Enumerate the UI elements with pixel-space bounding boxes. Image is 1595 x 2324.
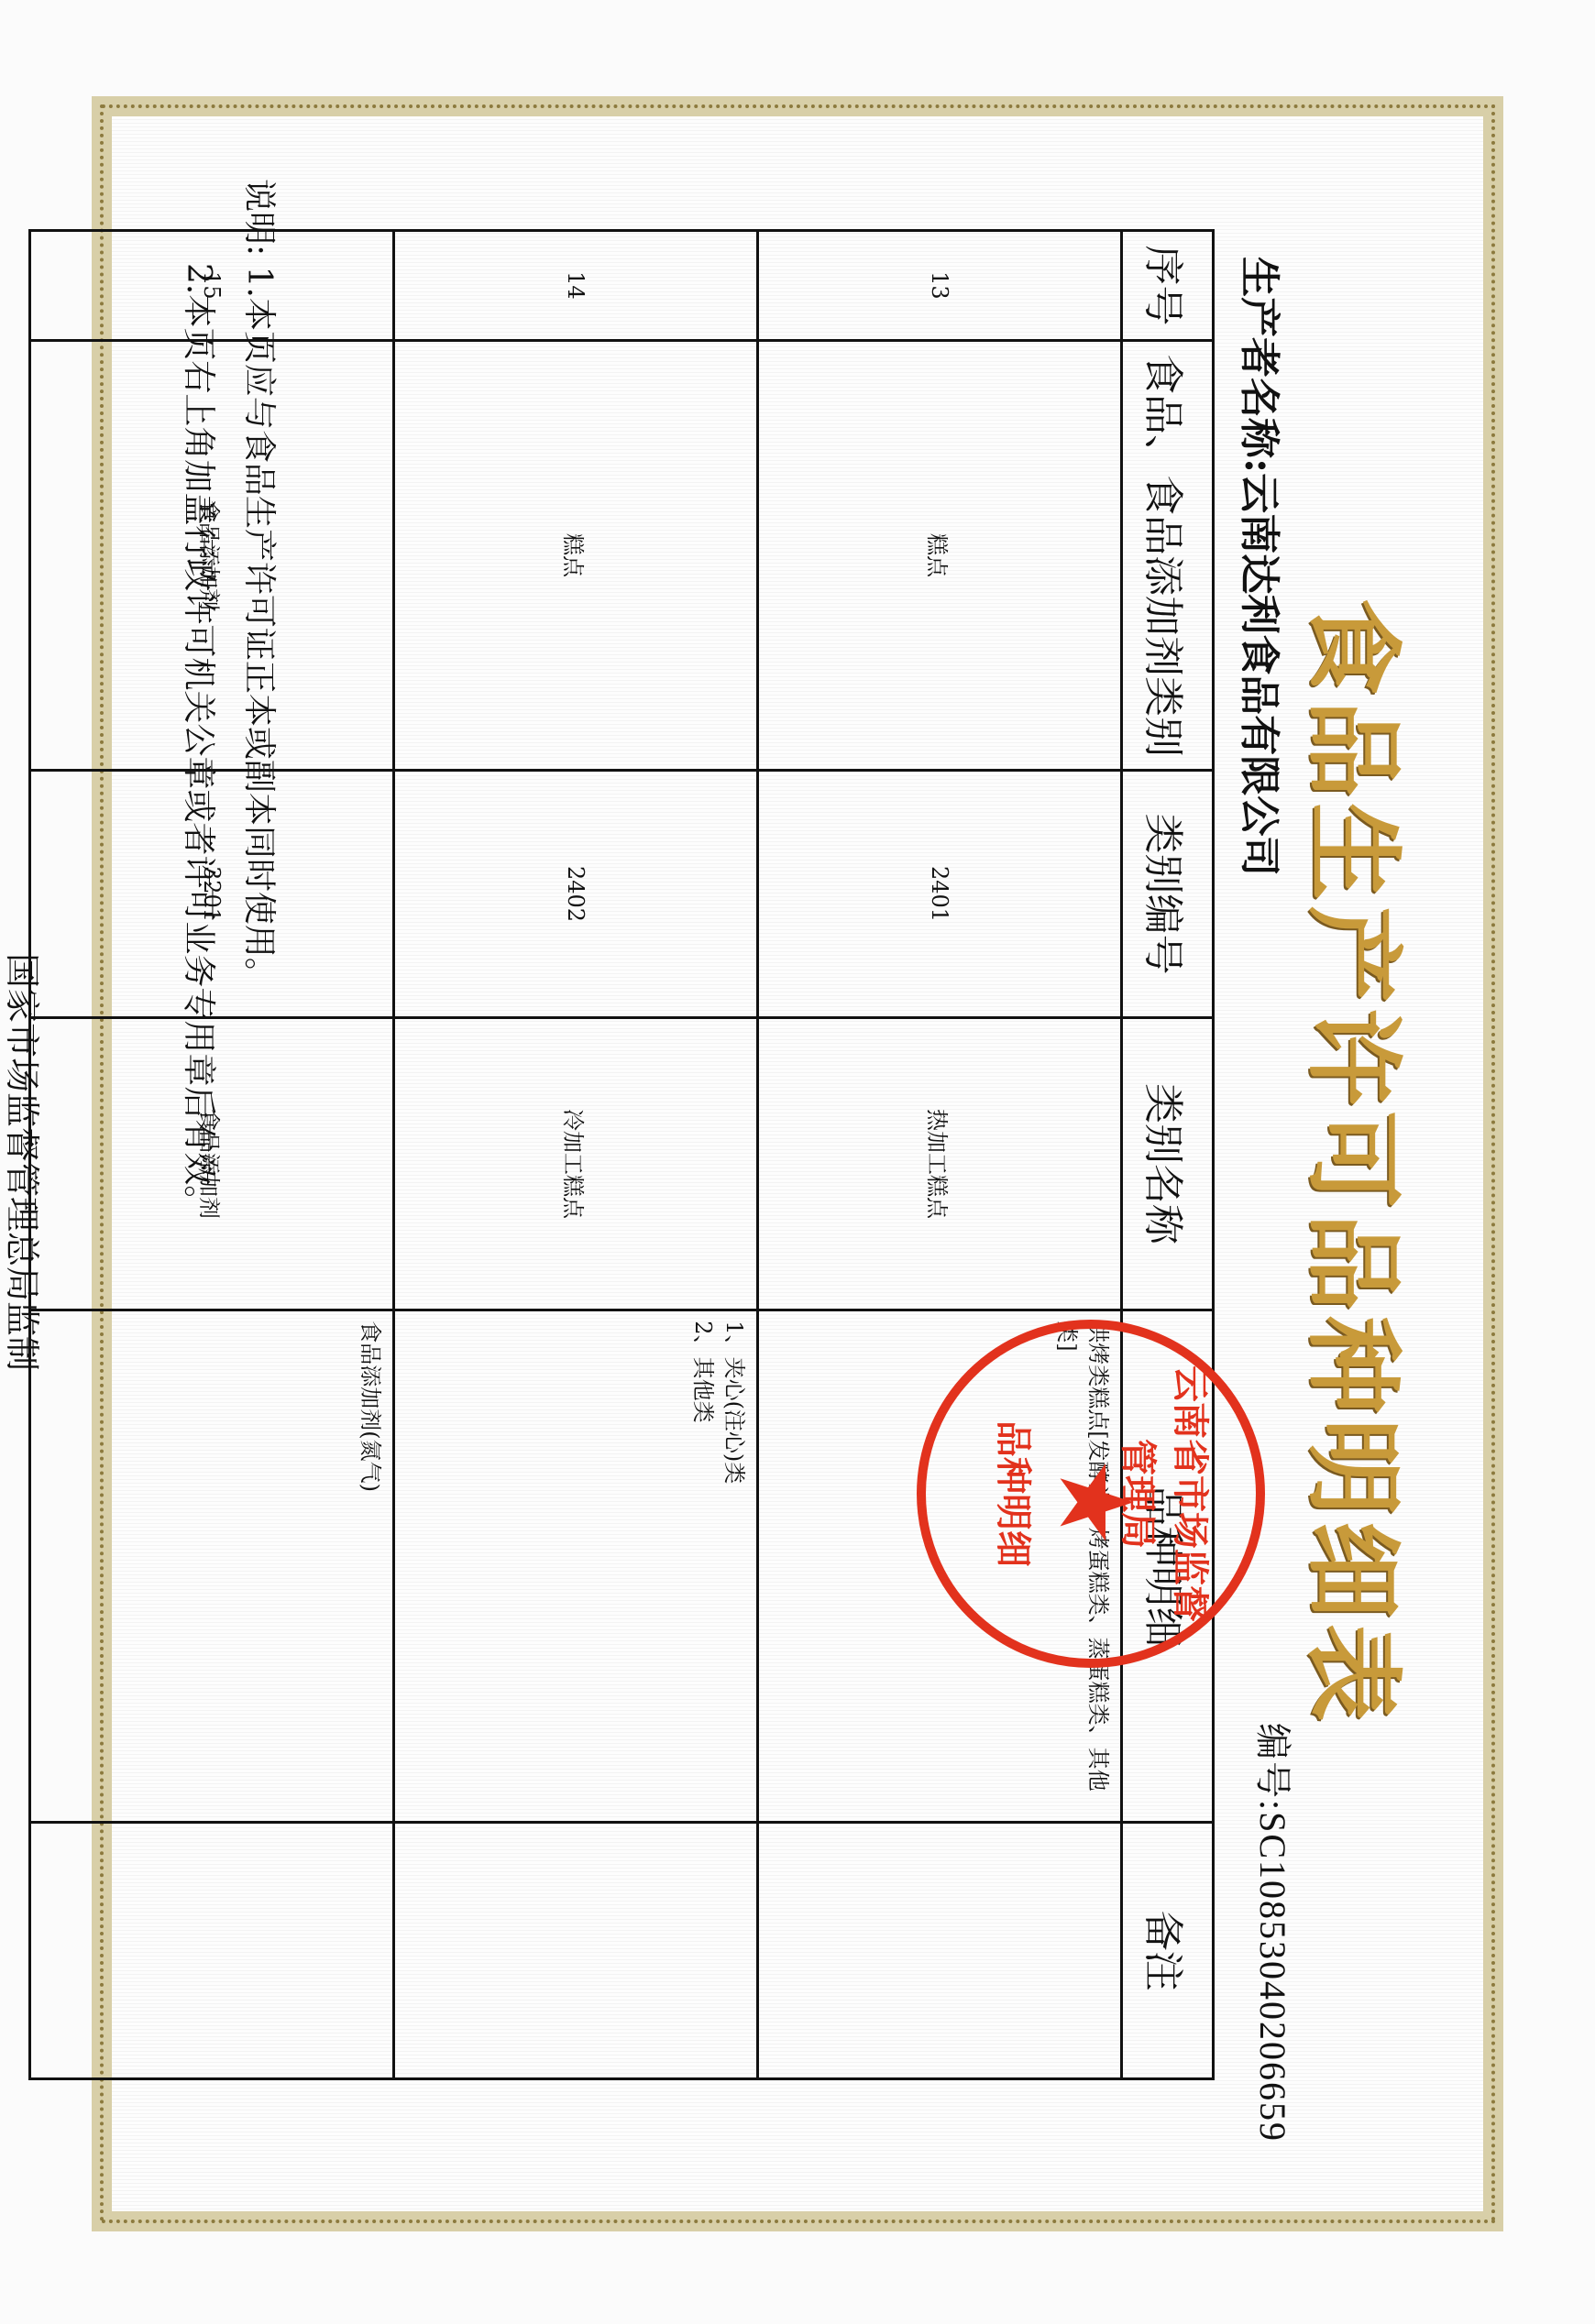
table-header-row: 序号 食品、食品添加剂类别 类别编号 类别名称 品种明细 备注 — [1122, 231, 1214, 2079]
cell-category: 糕点 — [394, 340, 758, 770]
producer-line: 生产者名称:云南达利食品有限公司 — [1234, 257, 1292, 876]
cell-remark — [30, 1823, 394, 2079]
cell-category: 糕点 — [758, 340, 1122, 770]
col-header-code: 类别编号 — [1122, 771, 1214, 1018]
license-page: 食品生产许可品种明细表 生产者名称:云南达利食品有限公司 编号:SC108530… — [0, 0, 1595, 2324]
col-header-name: 类别名称 — [1122, 1017, 1214, 1310]
page-title: 食品生产许可品种明细表 — [1291, 0, 1430, 2324]
cell-code: 2402 — [394, 771, 758, 1018]
footer-issuer: 国家市场监督管理总局监制 — [0, 0, 50, 2324]
cell-no: 13 — [758, 231, 1122, 341]
cell-detail: 1、夹心(注心)类 2、其他类 — [394, 1310, 758, 1823]
col-header-category: 食品、食品添加剂类别 — [1122, 340, 1214, 770]
cell-no: 14 — [394, 231, 758, 341]
producer-name: 云南达利食品有限公司 — [1236, 473, 1282, 876]
producer-label: 生产者名称: — [1236, 257, 1282, 473]
note-line-2: 2.本页右上角加盖行政许可机关公章或者许可业务专用章后有效。 — [168, 179, 228, 1218]
star-icon: ★ — [1045, 1457, 1146, 1548]
license-number: 编号:SC10853040206659 — [1249, 1723, 1302, 2143]
table-row: 14 糕点 2402 冷加工糕点 1、夹心(注心)类 2、其他类 — [394, 231, 758, 2079]
note-line-1: 说明: 1.本页应与食品生产许可证正本或副本同时使用。 — [228, 179, 289, 1218]
col-header-no: 序号 — [1122, 231, 1214, 341]
license-number-label: 编号: — [1252, 1723, 1293, 1812]
cell-name: 热加工糕点 — [758, 1017, 1122, 1310]
cell-name: 冷加工糕点 — [394, 1017, 758, 1310]
cell-code: 2401 — [758, 771, 1122, 1018]
seal-bottom-text: 品种明细 — [990, 1329, 1042, 1659]
col-header-remark: 备注 — [1122, 1823, 1214, 2079]
cell-remark — [394, 1823, 758, 2079]
official-seal: 云南省市场监督管理局 ★ 品种明细 — [917, 1320, 1265, 1668]
notes: 说明: 1.本页应与食品生产许可证正本或副本同时使用。 2.本页右上角加盖行政许… — [168, 179, 289, 1218]
table-row: 13 糕点 2401 热加工糕点 烘烤类糕点[发酵类、烤蛋糕类、蒸蛋糕类、其他类… — [758, 231, 1122, 2079]
cell-remark — [758, 1823, 1122, 2079]
cell-detail: 食品添加剂(氮气) — [30, 1310, 394, 1823]
license-number-value: SC10853040206659 — [1252, 1812, 1293, 2143]
